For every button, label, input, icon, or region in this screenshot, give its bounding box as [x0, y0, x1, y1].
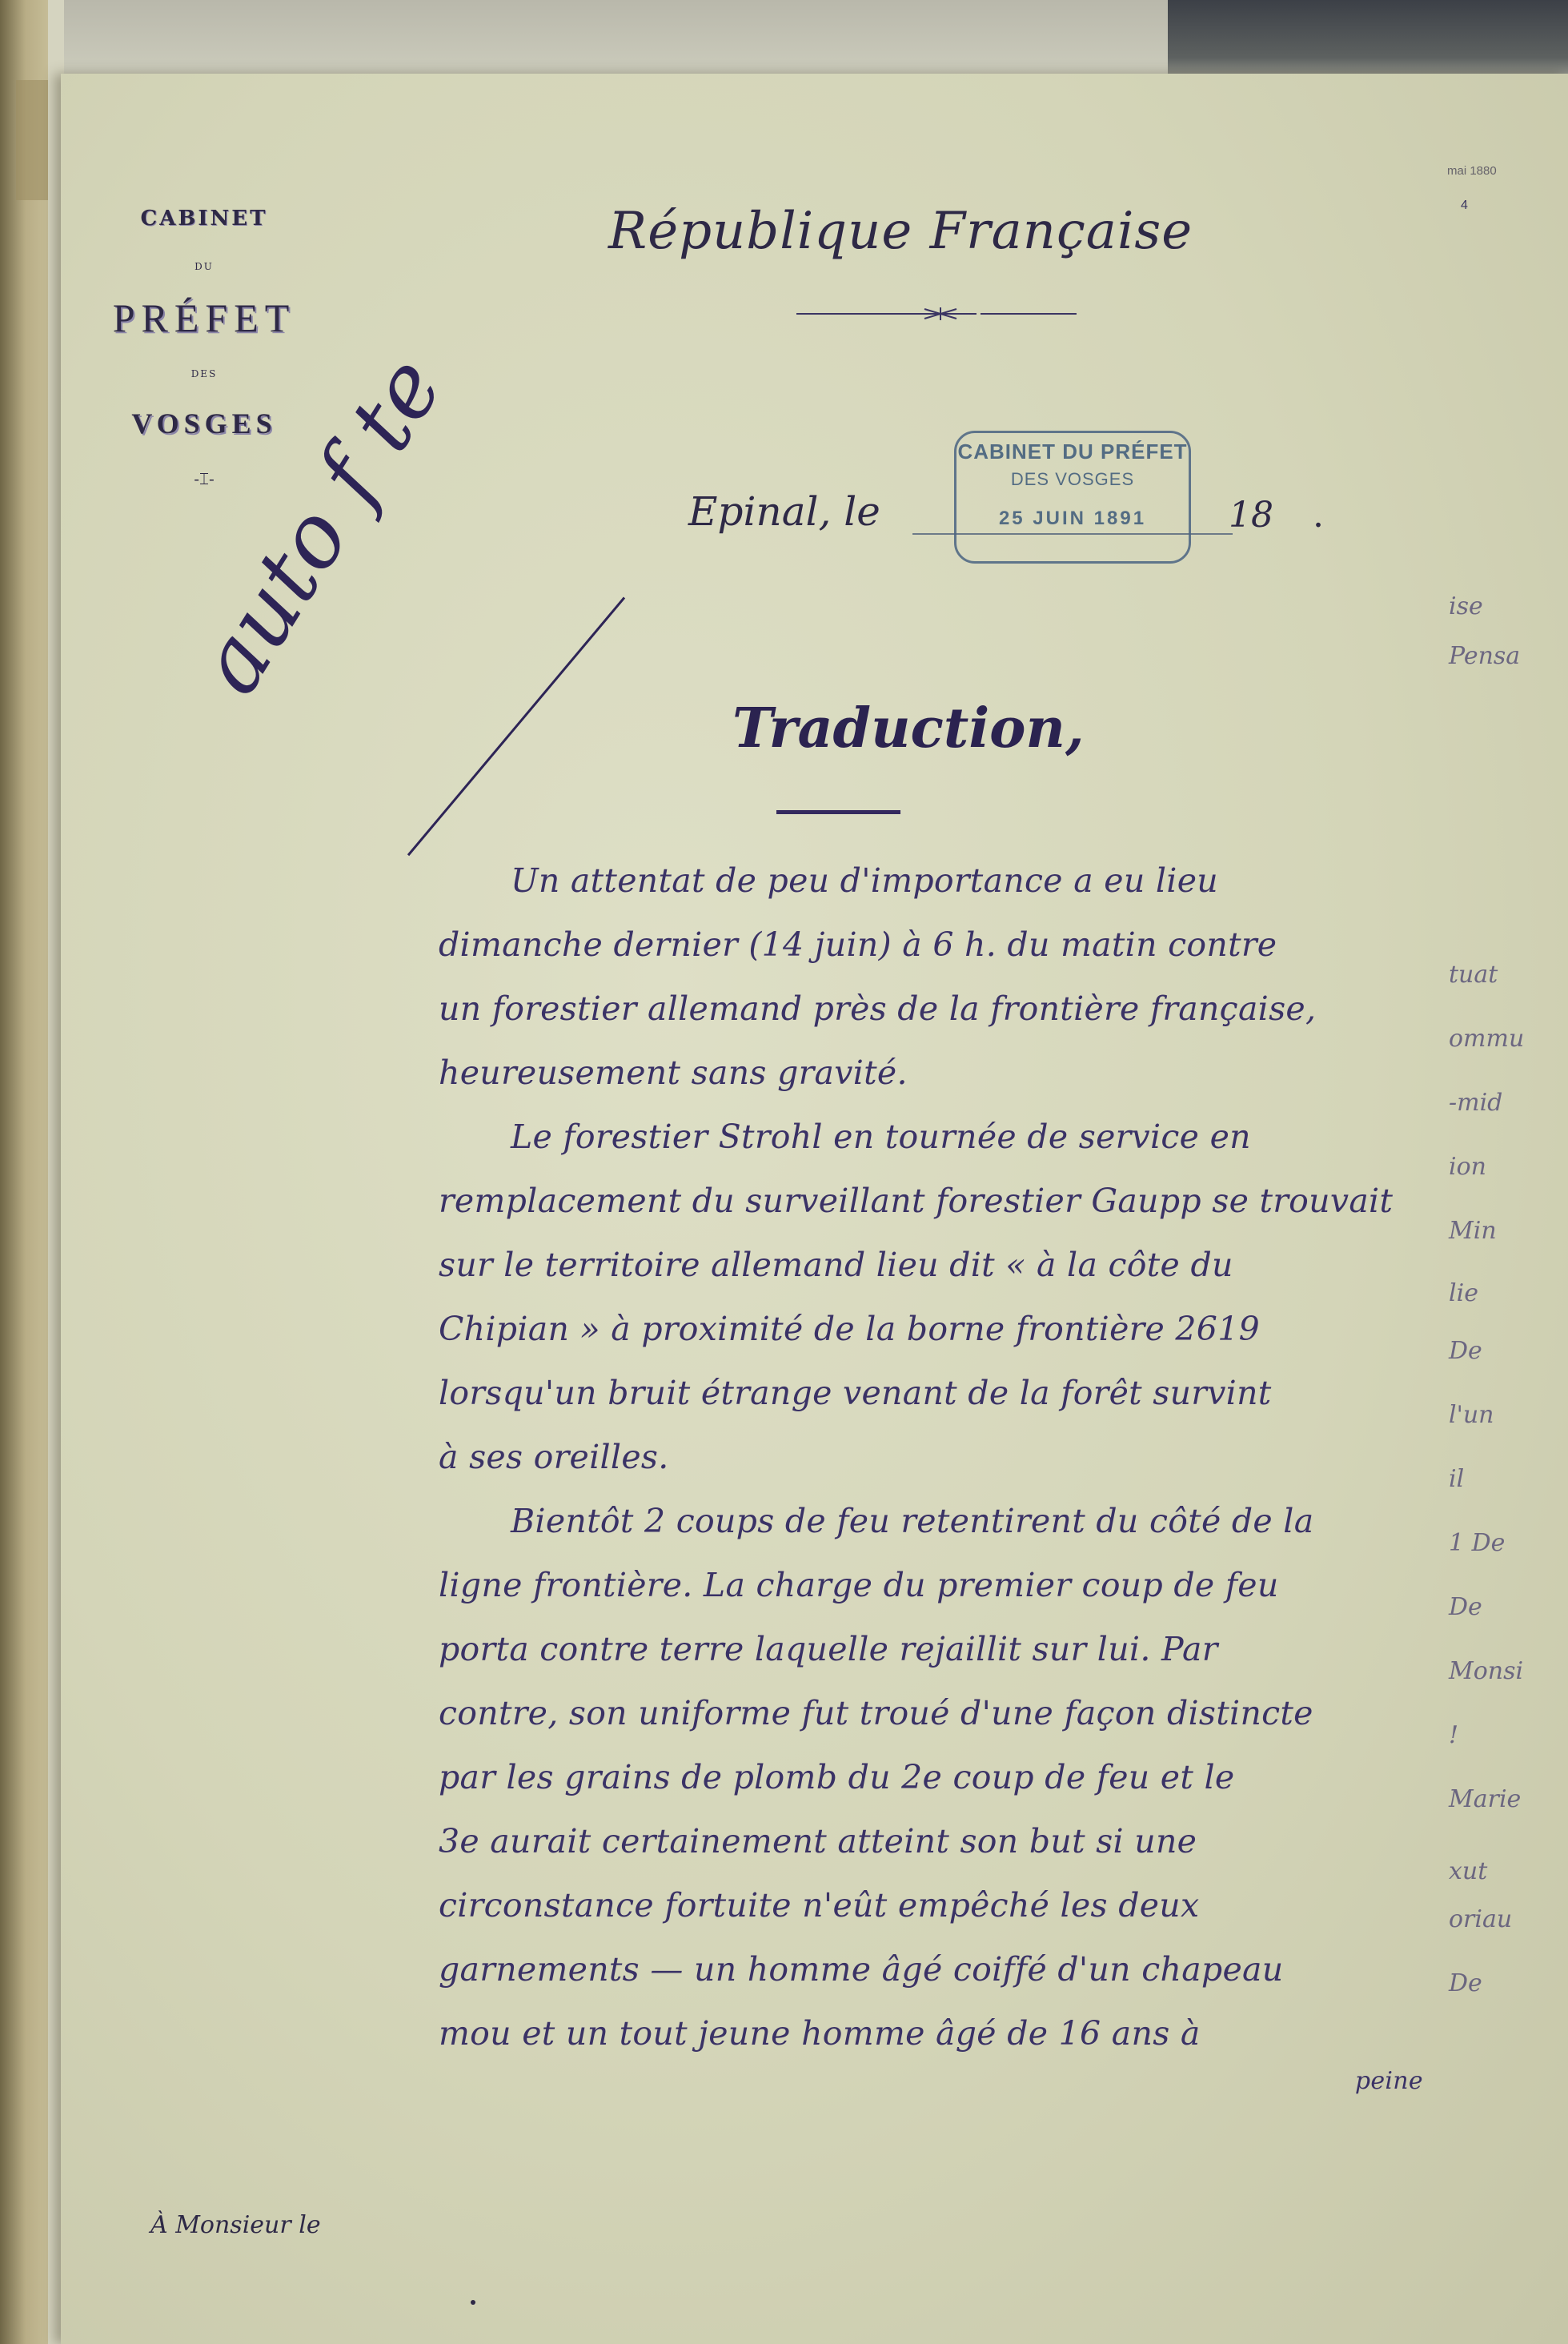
header-ornament-icon	[796, 306, 1077, 322]
body-line: dimanche dernier (14 juin) à 6 h. du mat…	[439, 913, 1447, 977]
dateline-year: 18	[1229, 495, 1273, 536]
page-number: 4	[1461, 199, 1468, 213]
body-line: sur le territoire allemand lieu dit « à …	[439, 1233, 1447, 1297]
body-line: circonstance fortuite n'eût empêché les …	[439, 1873, 1447, 1937]
body-line: Chipian » à proximité de la borne fronti…	[439, 1297, 1447, 1361]
dateline-place: Epinal, le	[688, 488, 880, 535]
body-line: contre, son uniforme fut troué d'une faç…	[439, 1681, 1447, 1745]
bleed-fragment: oriau	[1449, 1905, 1512, 1933]
body-line: Le forestier Strohl en tournée de servic…	[439, 1105, 1447, 1169]
body-line: par les grains de plomb du 2e coup de fe…	[439, 1745, 1447, 1809]
dateline-period: .	[1313, 495, 1324, 536]
footer-addressee: À Monsieur le	[150, 2211, 321, 2239]
document-title: Traduction,	[732, 696, 1085, 761]
bleed-fragment: Pensa	[1449, 642, 1520, 670]
stamp-line-1: CABINET DU PRÉFET	[956, 439, 1189, 464]
bleed-fragment: 1 De	[1449, 1529, 1505, 1557]
bleed-fragment: il	[1449, 1465, 1464, 1493]
bleed-fragment: tuat	[1449, 961, 1498, 989]
letterhead-des: DES	[96, 368, 312, 379]
bleed-fragment: lie	[1449, 1279, 1478, 1307]
bleed-fragment: ise	[1449, 592, 1483, 620]
header-title: République Française	[608, 202, 1265, 261]
bleed-fragment: ion	[1449, 1153, 1486, 1181]
bleed-fragment: !	[1449, 1721, 1458, 1749]
title-rule	[776, 810, 900, 814]
body-line: heureusement sans gravité.	[439, 1041, 1447, 1105]
body-line: Un attentat de peu d'importance a eu lie…	[439, 849, 1447, 913]
letterhead-du: DU	[96, 261, 312, 272]
bleed-fragment: ommu	[1449, 1025, 1524, 1053]
bleed-fragment: xut	[1449, 1857, 1487, 1885]
cabinet-stamp: CABINET DU PRÉFET DES VOSGES 25 JUIN 189…	[954, 431, 1191, 564]
body-line: garnements — un homme âgé coiffé d'un ch…	[439, 1937, 1447, 2001]
margin-reference: mai 1880	[1447, 164, 1497, 178]
document-body: Un attentat de peu d'importance a eu lie…	[439, 849, 1447, 2097]
body-line: à ses oreilles.	[439, 1425, 1447, 1489]
stamp-line-2: DES VOSGES	[956, 469, 1189, 490]
bleed-fragment: Monsi	[1449, 1657, 1523, 1685]
letterhead-vosges: VOSGES	[96, 407, 312, 440]
bleed-fragment: De	[1449, 1337, 1482, 1365]
archive-background-strip	[16, 80, 48, 200]
body-line: 3e aurait certainement atteint son but s…	[439, 1809, 1447, 1873]
body-line: porta contre terre laquelle rejaillit su…	[439, 1617, 1447, 1681]
body-line: un forestier allemand près de la frontiè…	[439, 977, 1447, 1041]
bleed-fragment: De	[1449, 1593, 1482, 1621]
body-line: lorsqu'un bruit étrange venant de la for…	[439, 1361, 1447, 1425]
letterhead-prefet: PRÉFET	[96, 295, 312, 341]
body-line: Bientôt 2 coups de feu retentirent du cô…	[439, 1489, 1447, 1553]
ink-dot	[471, 2300, 475, 2305]
body-line: remplacement du surveillant forestier Ga…	[439, 1169, 1447, 1233]
letterhead-cabinet: CABINET	[96, 207, 312, 231]
bleed-fragment: -mid	[1449, 1089, 1502, 1117]
letterhead-ornament-icon: -⌶-	[96, 469, 312, 488]
bleed-fragment: Min	[1449, 1217, 1497, 1245]
bleed-fragment: Marie	[1449, 1785, 1521, 1813]
bleed-fragment: l'un	[1449, 1401, 1494, 1429]
bleed-fragment: De	[1449, 1969, 1482, 1997]
body-line: mou et un tout jeune homme âgé de 16 ans…	[439, 2001, 1447, 2065]
body-line: ligne frontière. La charge du premier co…	[439, 1553, 1447, 1617]
stamp-date: 25 JUIN 1891	[956, 508, 1189, 530]
catchword: peine	[439, 2065, 1447, 2097]
